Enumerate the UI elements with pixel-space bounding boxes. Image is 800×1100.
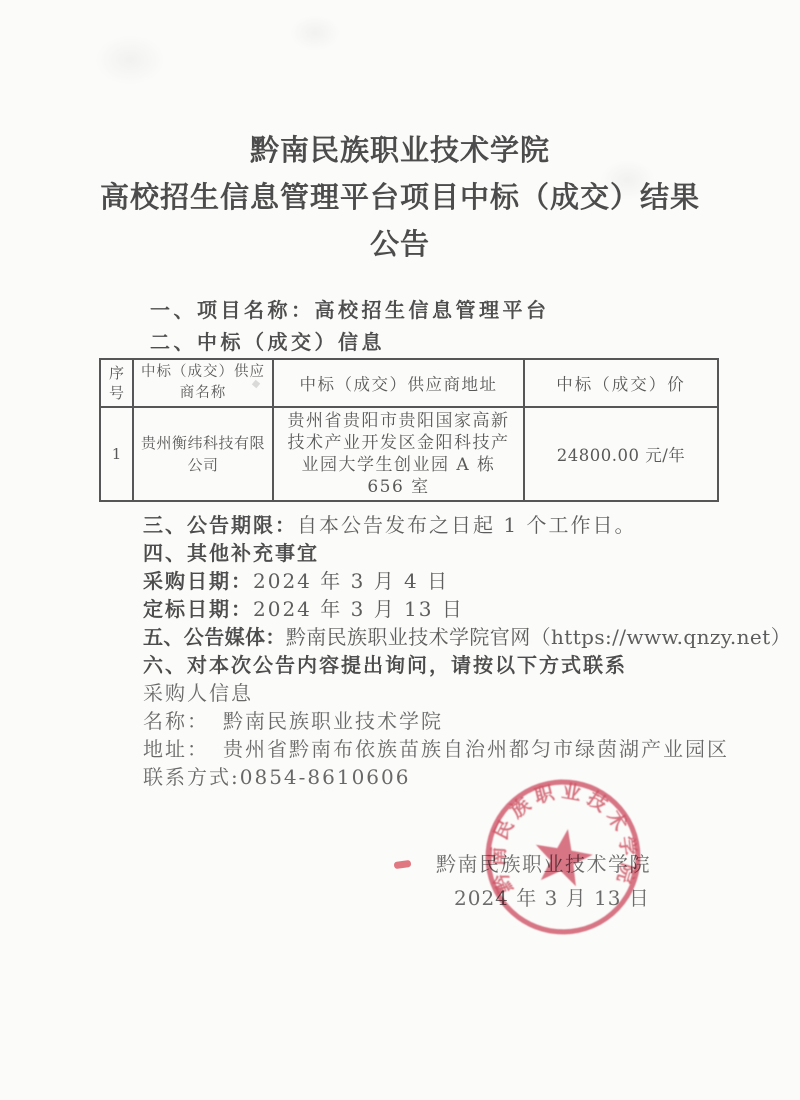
title-line-3: 公告 [0, 221, 800, 268]
buyer-name-label: 名称： [143, 709, 209, 733]
award-table: 序号 中标（成交）供应商名称 中标（成交）供应商地址 中标（成交）价 1 贵州衡… [99, 358, 719, 502]
award-date-line: 定标日期：2024 年 3 月 13 日 [143, 595, 800, 623]
title-line-1: 黔南民族职业技术学院 [0, 127, 800, 174]
scanned-announcement-page: 黔南民族职业技术学院 高校招生信息管理平台项目中标（成交）结果 公告 一、项目名… [0, 0, 800, 1100]
title-line-2: 高校招生信息管理平台项目中标（成交）结果 [0, 174, 800, 221]
buyer-info-heading: 采购人信息 [143, 679, 800, 707]
cell-seq: 1 [100, 407, 133, 501]
buyer-address-line: 地址：贵州省黔南布依族苗族自治州都匀市绿茵湖产业园区 [143, 735, 800, 763]
body-text-block: 三、公告期限：自本公告发布之日起 1 个工作日。 四、其他补充事宜 采购日期：2… [0, 511, 800, 791]
notice-period-line: 三、公告期限：自本公告发布之日起 1 个工作日。 [143, 511, 800, 539]
cell-supplier-name: 贵州衡纬科技有限公司 [133, 407, 273, 501]
red-ink-mark [394, 860, 412, 869]
header-supplier-addr: 中标（成交）供应商地址 [273, 359, 524, 407]
award-date-value: 2024 年 3 月 13 日 [253, 597, 464, 621]
seal-star-icon [530, 824, 596, 888]
buyer-address-label: 地址： [143, 737, 209, 761]
award-date-label: 定标日期： [143, 597, 253, 621]
notice-period-text: 自本公告发布之日起 1 个工作日。 [297, 513, 636, 537]
contact-value: 0854-8610606 [240, 765, 411, 789]
table-header-row: 序号 中标（成交）供应商名称 中标（成交）供应商地址 中标（成交）价 [100, 359, 718, 407]
other-matters-heading: 四、其他补充事宜 [143, 539, 800, 567]
media-text: 黔南民族职业技术学院官网（https://www.qnzy.net） [286, 625, 791, 649]
cell-award-price: 24800.00 元/年 [524, 407, 718, 501]
cell-supplier-addr: 贵州省贵阳市贵阳国家高新技术产业开发区金阳科技产业园大学生创业园 A 栋 656… [273, 407, 524, 501]
media-label: 五、公告媒体： [143, 625, 286, 649]
purchase-date-value: 2024 年 3 月 4 日 [253, 569, 449, 593]
inquiry-heading: 六、对本次公告内容提出询问，请按以下方式联系 [143, 651, 800, 679]
purchase-date-label: 采购日期： [143, 569, 253, 593]
buyer-address-value: 贵州省黔南布依族苗族自治州都匀市绿茵湖产业园区 [223, 737, 729, 761]
table-row: 1 贵州衡纬科技有限公司 贵州省贵阳市贵阳国家高新技术产业开发区金阳科技产业园大… [100, 407, 718, 501]
scan-smudge [95, 35, 165, 85]
contact-label: 联系方式: [143, 765, 240, 789]
header-seq: 序号 [100, 359, 133, 407]
section-award-info: 二、中标（成交）信息 [150, 326, 800, 358]
contact-line: 联系方式:0854-8610606 [143, 763, 800, 791]
buyer-name-line: 名称：黔南民族职业技术学院 [143, 707, 800, 735]
media-line: 五、公告媒体：黔南民族职业技术学院官网（https://www.qnzy.net… [143, 623, 800, 651]
scan-smudge [290, 15, 340, 51]
section-project-name: 一、项目名称：高校招生信息管理平台 [150, 294, 800, 326]
official-red-seal: 黔南民族职业技术学院 [469, 763, 657, 951]
notice-period-label: 三、公告期限： [143, 513, 297, 537]
section-headings: 一、项目名称：高校招生信息管理平台 二、中标（成交）信息 [0, 294, 800, 358]
purchase-date-line: 采购日期：2024 年 3 月 4 日 [143, 567, 800, 595]
buyer-name-value: 黔南民族职业技术学院 [223, 709, 443, 733]
document-title: 黔南民族职业技术学院 高校招生信息管理平台项目中标（成交）结果 公告 [0, 127, 800, 268]
header-award-price: 中标（成交）价 [524, 359, 718, 407]
scan-smudge [600, 160, 655, 200]
